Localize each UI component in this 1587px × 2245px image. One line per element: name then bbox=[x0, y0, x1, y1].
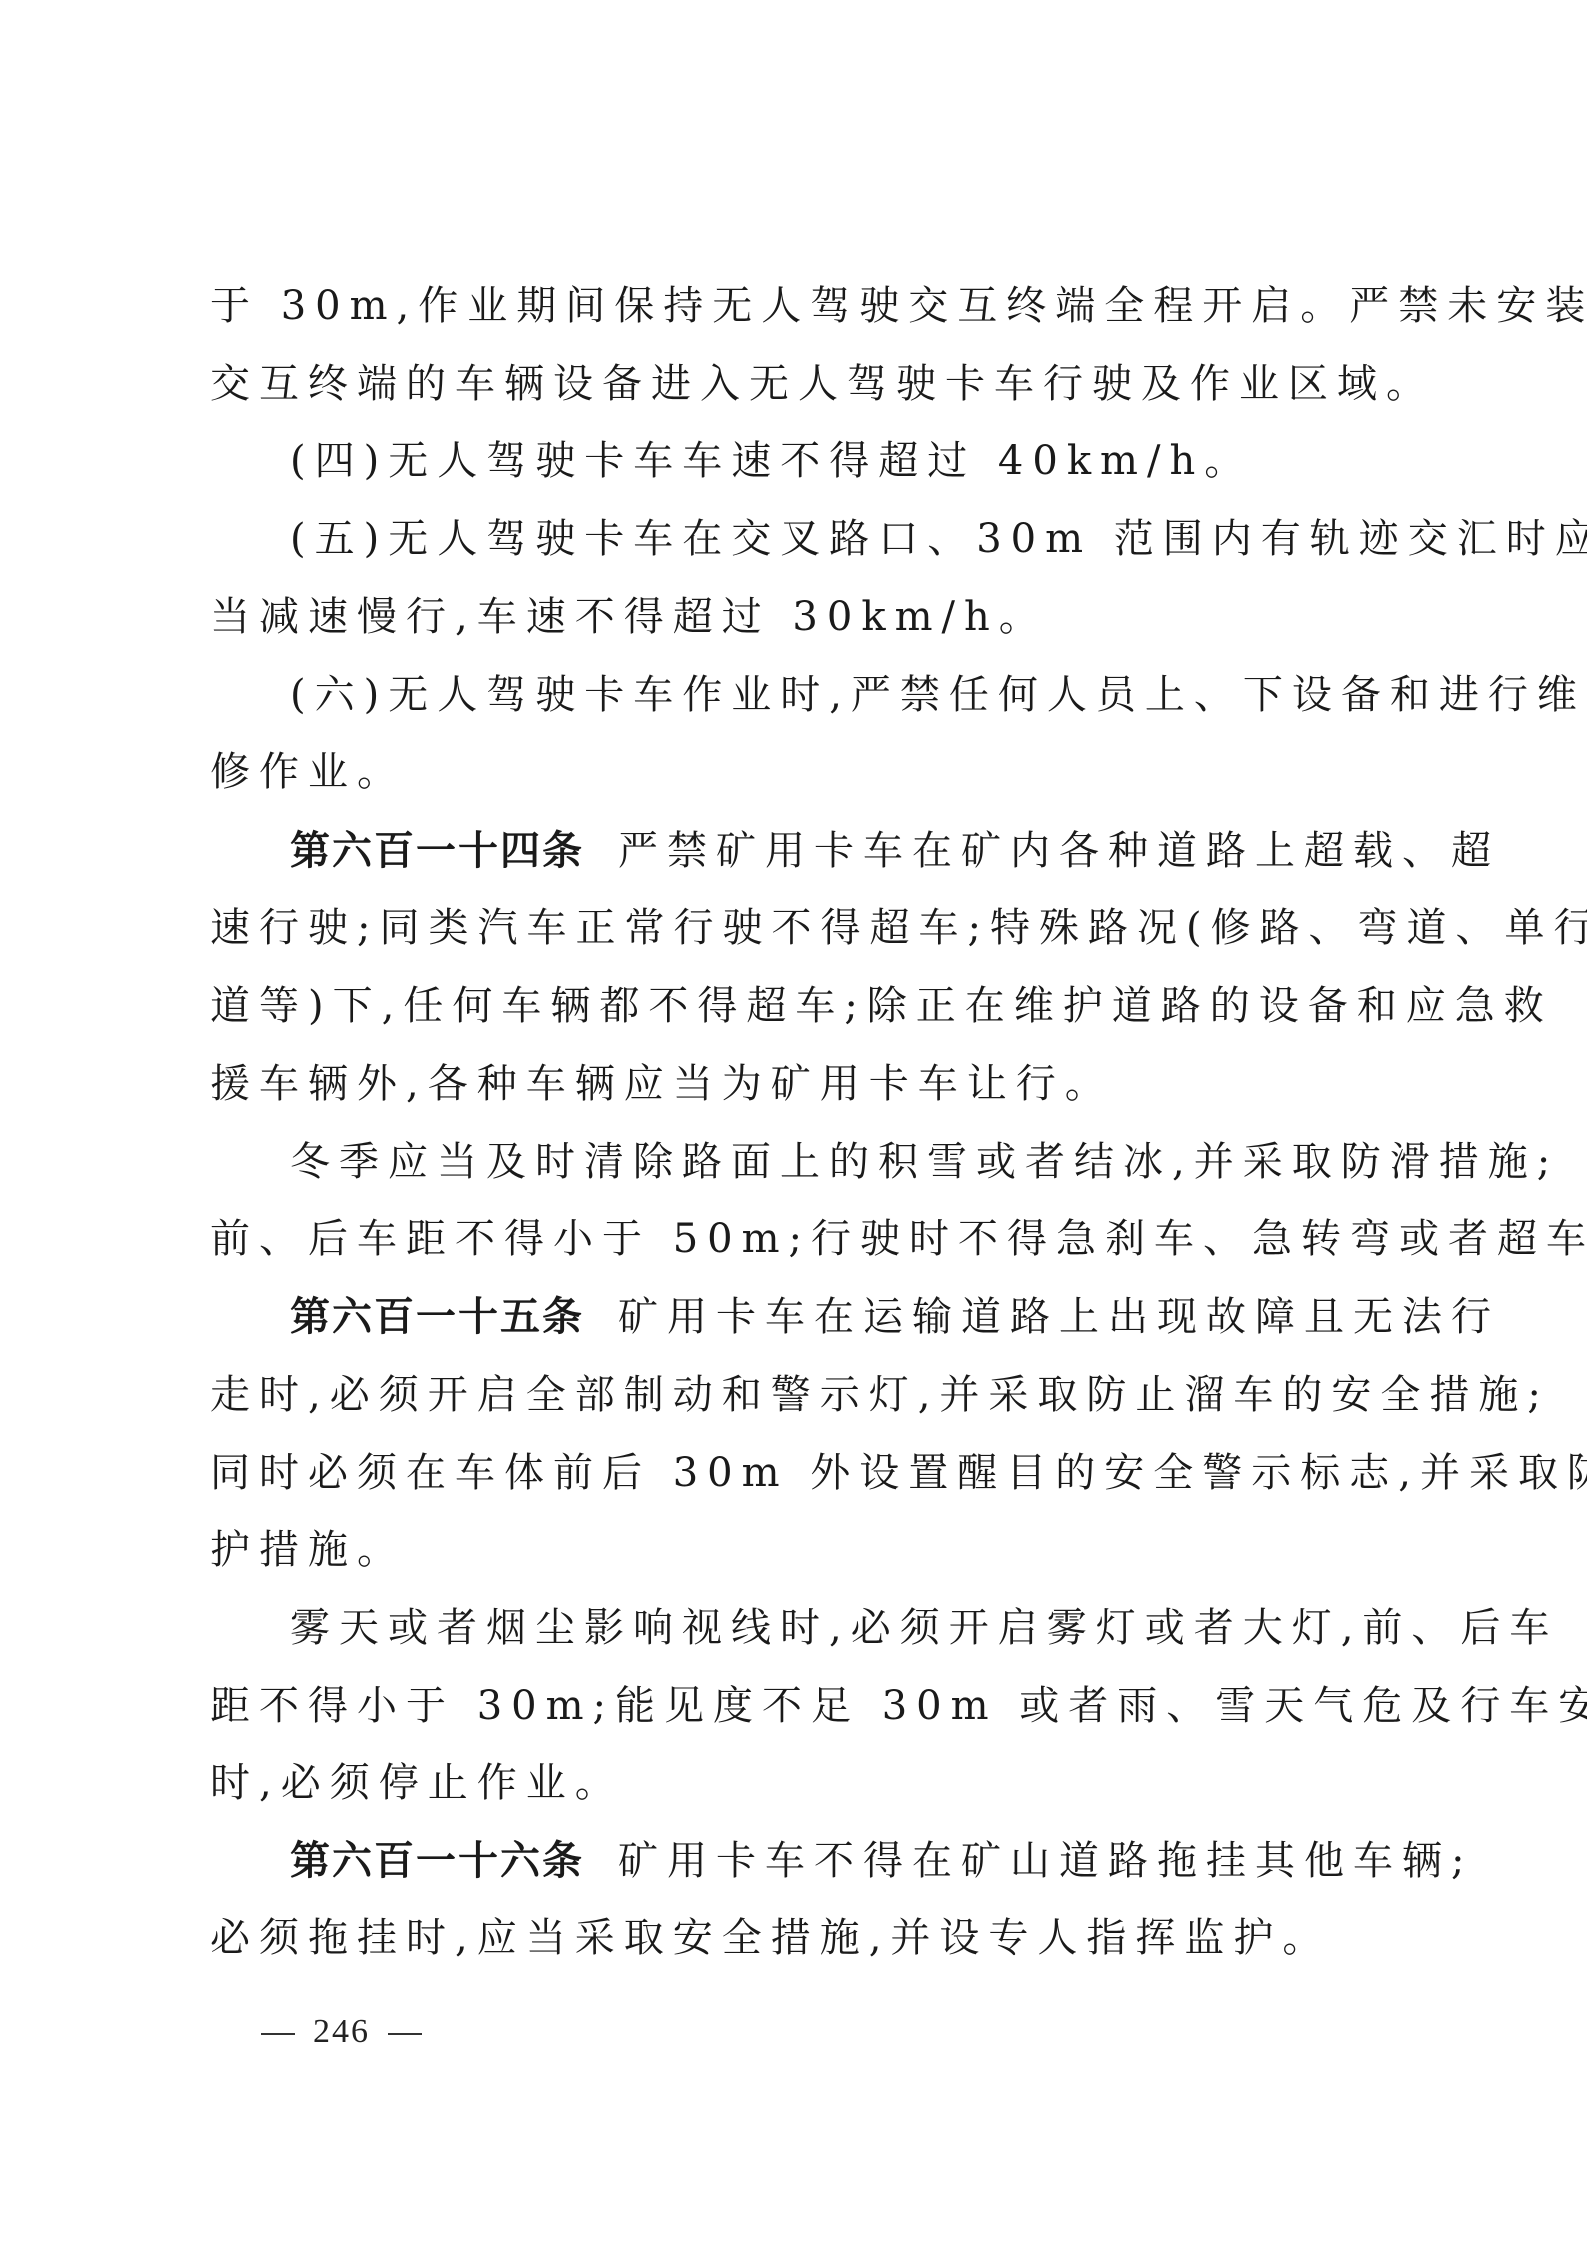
article-616-first-line: 第六百一十六条矿用卡车不得在矿山道路拖挂其他车辆; bbox=[290, 1831, 1390, 1891]
article-615-text: 矿用卡车在运输道路上出现故障且无法行 bbox=[618, 1294, 1500, 1340]
article-614-title: 第六百一十四条 bbox=[290, 828, 584, 874]
text-line: 护措施。 bbox=[210, 1520, 1390, 1580]
dash-left bbox=[261, 2033, 295, 2035]
text-line: 雾天或者烟尘影响视线时,必须开启雾灯或者大灯,前、后车 bbox=[290, 1598, 1390, 1658]
text-line: 同时必须在车体前后 30m 外设置醒目的安全警示标志,并采取防 bbox=[210, 1443, 1390, 1503]
page-number: 246 bbox=[243, 2010, 440, 2054]
page-number-value: 246 bbox=[313, 2013, 370, 2050]
text-line: 时,必须停止作业。 bbox=[210, 1753, 1390, 1813]
list-item-6: (六)无人驾驶卡车作业时,严禁任何人员上、下设备和进行维 bbox=[290, 665, 1390, 725]
text-line: 于 30m,作业期间保持无人驾驶交互终端全程开启。严禁未安装 bbox=[210, 276, 1390, 336]
text-line: 道等)下,任何车辆都不得超车;除正在维护道路的设备和应急救 bbox=[210, 976, 1390, 1036]
text-line: 交互终端的车辆设备进入无人驾驶卡车行驶及作业区域。 bbox=[210, 354, 1390, 414]
text-line: 当减速慢行,车速不得超过 30km/h。 bbox=[210, 587, 1390, 647]
text-line: 距不得小于 30m;能见度不足 30m 或者雨、雪天气危及行车安全 bbox=[210, 1676, 1390, 1736]
text-line: 速行驶;同类汽车正常行驶不得超车;特殊路况(修路、弯道、单行 bbox=[210, 898, 1390, 958]
article-614-text: 严禁矿用卡车在矿内各种道路上超载、超 bbox=[618, 828, 1500, 874]
text-line: 修作业。 bbox=[210, 742, 1390, 802]
list-item-5: (五)无人驾驶卡车在交叉路口、30m 范围内有轨迹交汇时应 bbox=[290, 509, 1390, 569]
text-line: 走时,必须开启全部制动和警示灯,并采取防止溜车的安全措施; bbox=[210, 1365, 1390, 1425]
text-line: 必须拖挂时,应当采取安全措施,并设专人指挥监护。 bbox=[210, 1908, 1390, 1968]
article-616-text: 矿用卡车不得在矿山道路拖挂其他车辆; bbox=[618, 1838, 1473, 1884]
text-line: 冬季应当及时清除路面上的积雪或者结冰,并采取防滑措施; bbox=[290, 1132, 1390, 1192]
article-614-first-line: 第六百一十四条严禁矿用卡车在矿内各种道路上超载、超 bbox=[290, 821, 1390, 881]
article-615-first-line: 第六百一十五条矿用卡车在运输道路上出现故障且无法行 bbox=[290, 1287, 1390, 1347]
text-line: 援车辆外,各种车辆应当为矿用卡车让行。 bbox=[210, 1054, 1390, 1114]
article-616-title: 第六百一十六条 bbox=[290, 1838, 584, 1884]
list-item-4: (四)无人驾驶卡车车速不得超过 40km/h。 bbox=[290, 431, 1390, 491]
dash-right bbox=[388, 2033, 422, 2035]
document-page: 于 30m,作业期间保持无人驾驶交互终端全程开启。严禁未安装 交互终端的车辆设备… bbox=[0, 0, 1587, 2245]
article-615-title: 第六百一十五条 bbox=[290, 1294, 584, 1340]
text-line: 前、后车距不得小于 50m;行驶时不得急刹车、急转弯或者超车。 bbox=[210, 1209, 1390, 1269]
